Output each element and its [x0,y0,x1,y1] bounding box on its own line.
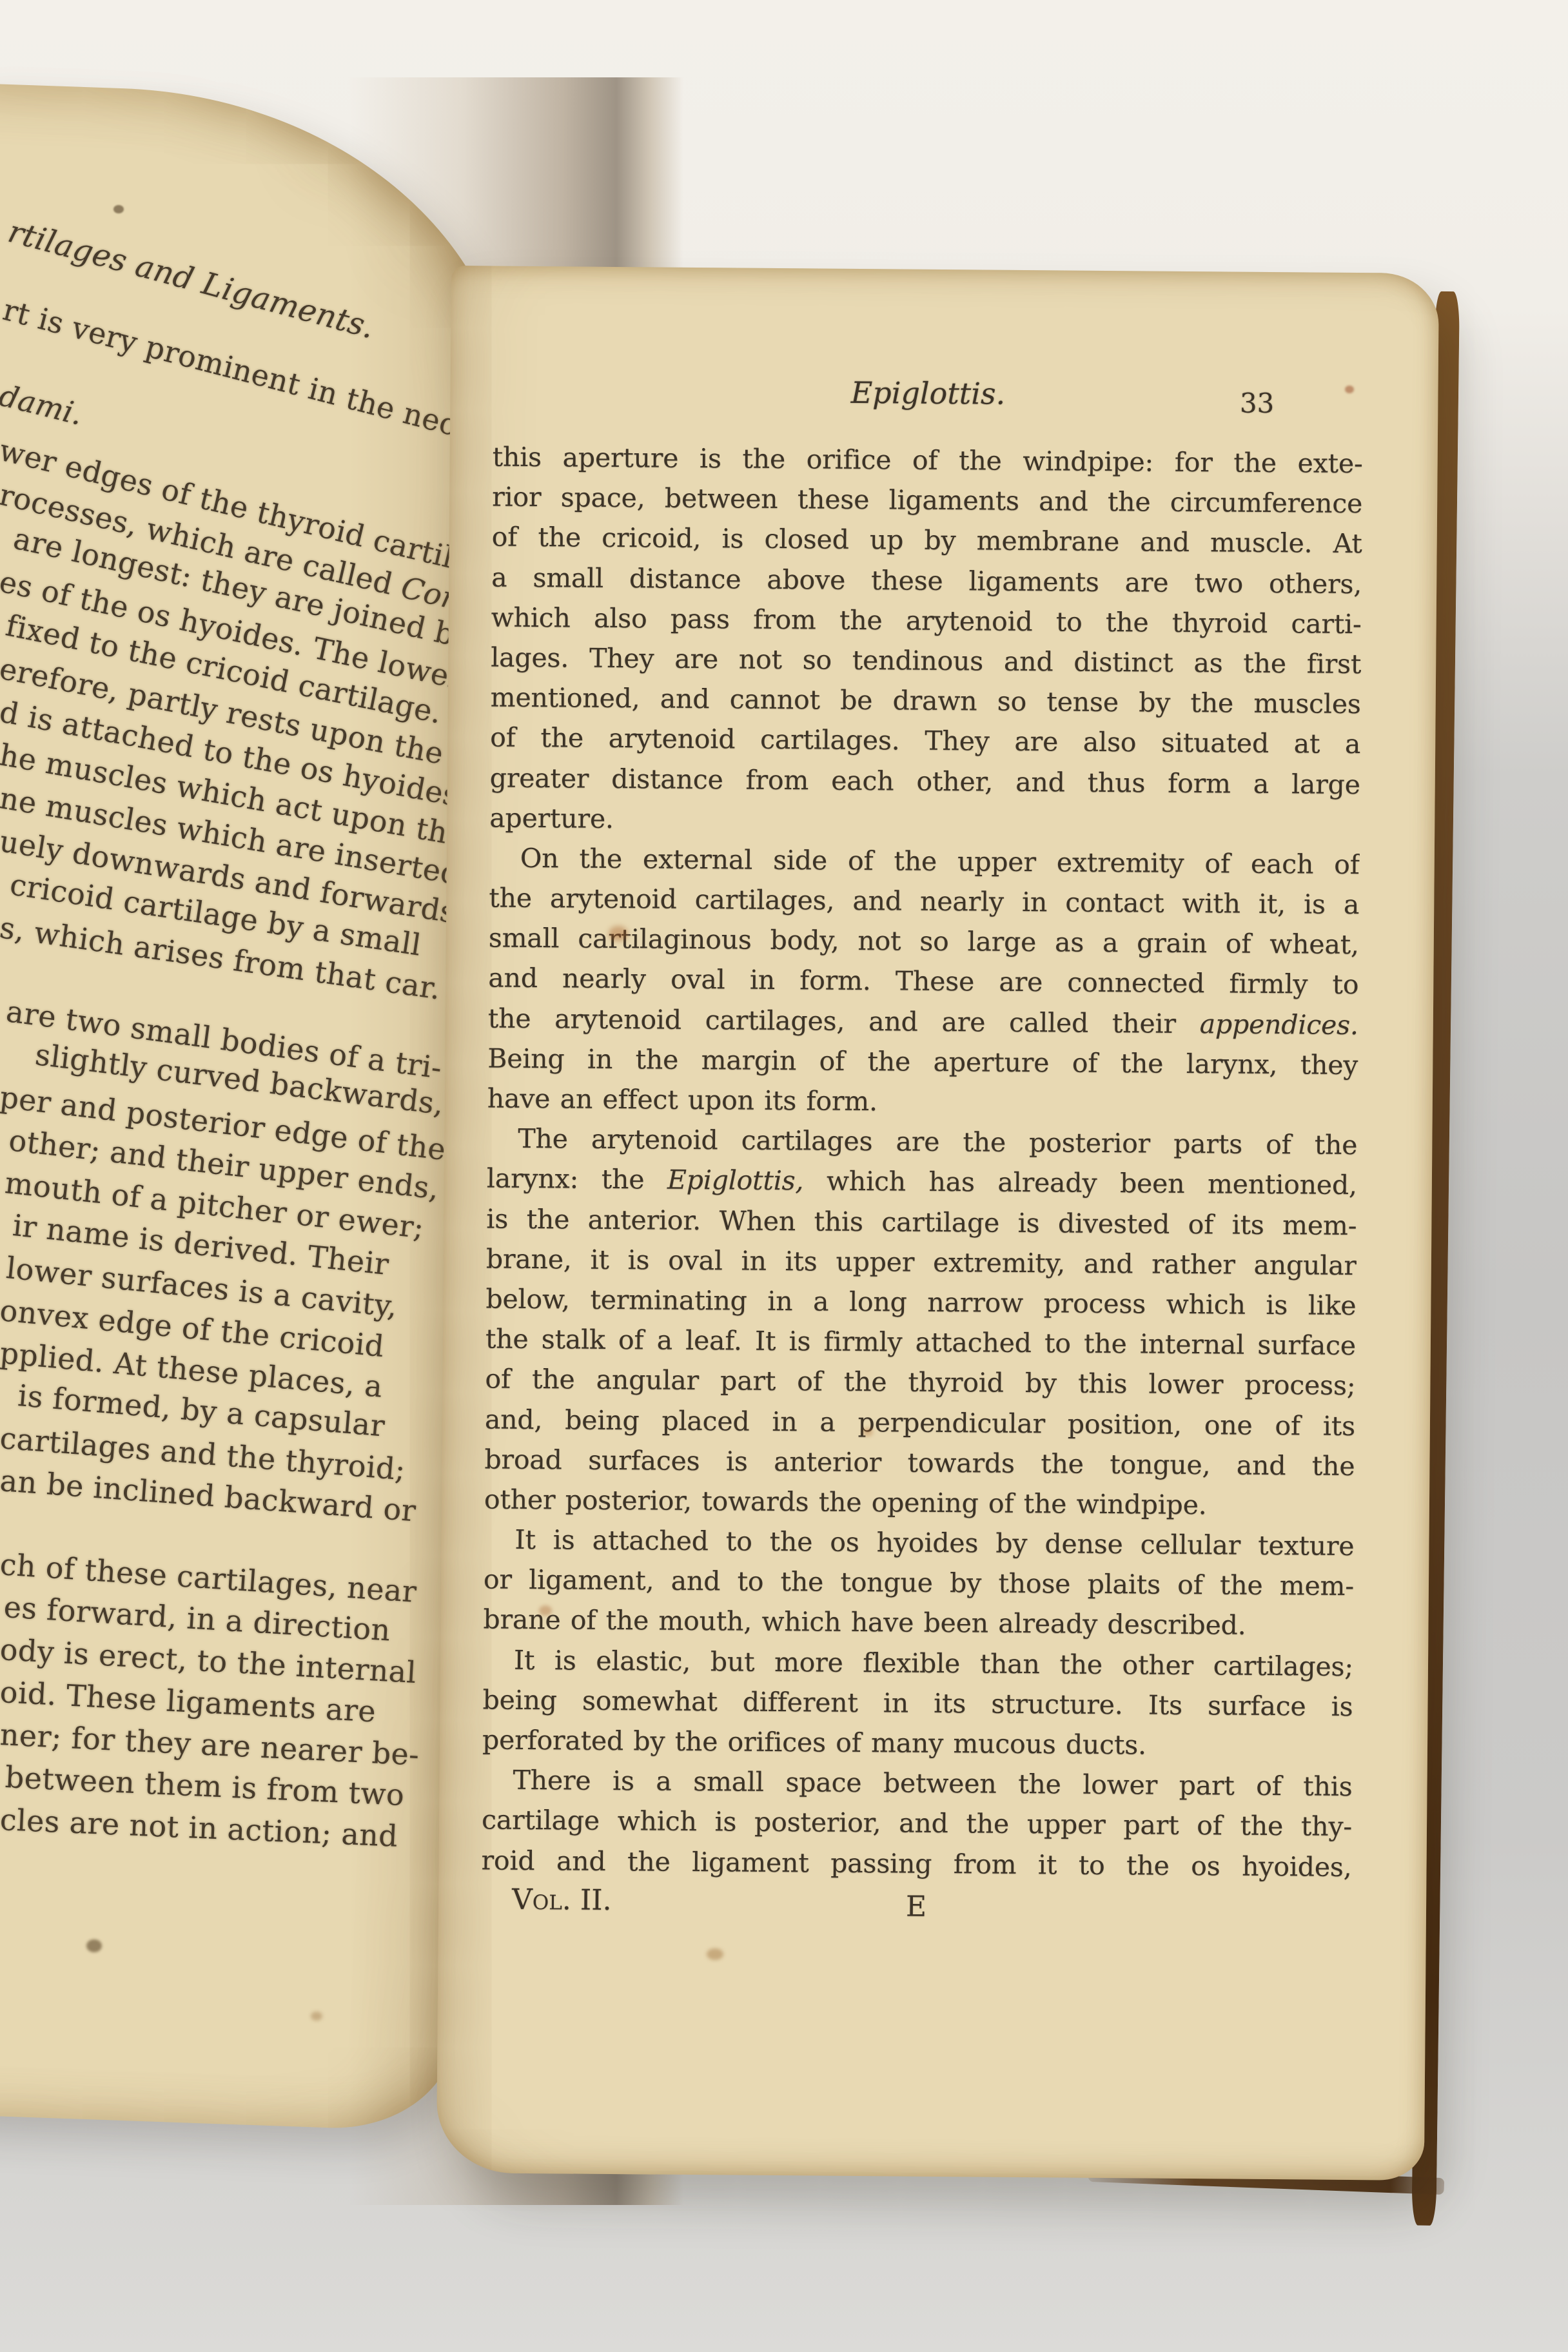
right-page-text-line: of the arytenoid cartilages. They are al… [490,718,1360,765]
right-page-text-line: perforated by the orifices of many mucou… [482,1720,1353,1767]
right-page-text-line: or ligament, and to the tongue by those … [484,1560,1354,1607]
right-page-text-line: below, terminating in a long narrow proc… [485,1279,1356,1326]
right-page-text-line: larynx: the Epiglottis, which has alread… [487,1159,1357,1206]
right-page-text-segment: which has already been mentioned, [803,1166,1357,1201]
right-page-text-line: of the cricoid, is closed up by membrane… [491,517,1362,564]
body-text: this aperture is the orifice of the wind… [481,436,1363,1886]
right-page-text-line: have an effect upon its form. [487,1078,1358,1125]
right-page-text-line: the stalk of a leaf. It is firmly attach… [485,1319,1356,1366]
right-page-text-line: brane of the mouth, which have been alre… [483,1600,1353,1647]
right-page-text-line: On the external side of the upper extrem… [489,838,1360,885]
right-page-text-line: mentioned, and cannot be drawn so tense … [491,678,1361,725]
left-page-text-line: dami. [0,378,86,432]
right-page-text-segment: appendices. [1200,1008,1358,1041]
right-page-text-line: There is a small space between the lower… [482,1760,1352,1807]
right-page-text-line: aperture. [489,798,1360,845]
right-page-text-line: this aperture is the orifice of the wind… [492,436,1362,484]
right-page-text-line: It is attached to the os hyoides by dens… [484,1520,1354,1567]
right-page-text-segment: the arytenoid cartilages, and are called… [488,1003,1200,1039]
page-header: Epiglottis. 33 [493,372,1364,444]
right-page-text-line: a small distance above these ligaments a… [491,557,1362,604]
right-page: Epiglottis. 33 this aperture is the orif… [436,266,1439,2180]
page-header-title: Epiglottis. [493,372,1363,414]
right-page-text-line: small cartilaginous body, not so large a… [489,918,1359,965]
right-page-text-line: other posterior, towards the opening of … [484,1479,1355,1526]
book-photo: rtilages and Ligaments.rt is very promin… [0,0,1568,2352]
right-page-text-line: and, being placed in a perpendicular pos… [485,1399,1355,1446]
right-page-text-line: of the angular part of the thyroid by th… [485,1359,1355,1406]
right-page-text-line: rior space, between these ligaments and … [492,477,1362,524]
page-number: 33 [1240,387,1275,419]
right-page-text-line: Being in the margin of the aperture of t… [487,1038,1358,1085]
right-page-text-line: The arytenoid cartilages are the posteri… [487,1119,1357,1166]
page-footer: Vol. II. E [481,1883,1351,1932]
right-page-text-line: the arytenoid cartilages, and are called… [488,998,1358,1045]
right-page-text-line: lages. They are not so tendinous and dis… [491,637,1361,684]
right-page-text-line: cartilage which is posterior, and the up… [482,1800,1352,1847]
right-page-text-line: and nearly oval in form. These are conne… [488,958,1358,1005]
right-page-text: Epiglottis. 33 this aperture is the orif… [481,372,1364,1932]
right-page-text-line: roid and the ligament passing from it to… [481,1840,1351,1887]
footer-signature: E [481,1886,1351,1926]
right-page-text-line: brane, it is oval in its upper extremity… [486,1239,1357,1286]
right-page-text-segment: larynx: the [487,1163,667,1195]
right-page-text-line: It is elastic, but more flexible than th… [483,1640,1353,1687]
right-page-text-line: the arytenoid cartilages, and nearly in … [489,878,1359,925]
right-page-text-line: greater distance from each other, and th… [490,758,1360,805]
left-page-text-line: cles are not in action; and [0,1802,398,1854]
right-page-text-segment: Epiglottis, [667,1164,804,1197]
right-page-text-line: being somewhat different in its structur… [482,1680,1353,1727]
right-page-text-line: is the anterior. When this cartilage is … [486,1199,1357,1246]
right-page-text-line: broad surfaces is anterior towards the t… [484,1439,1355,1486]
right-page-text-line: which also pass from the arytenoid to th… [491,597,1361,644]
